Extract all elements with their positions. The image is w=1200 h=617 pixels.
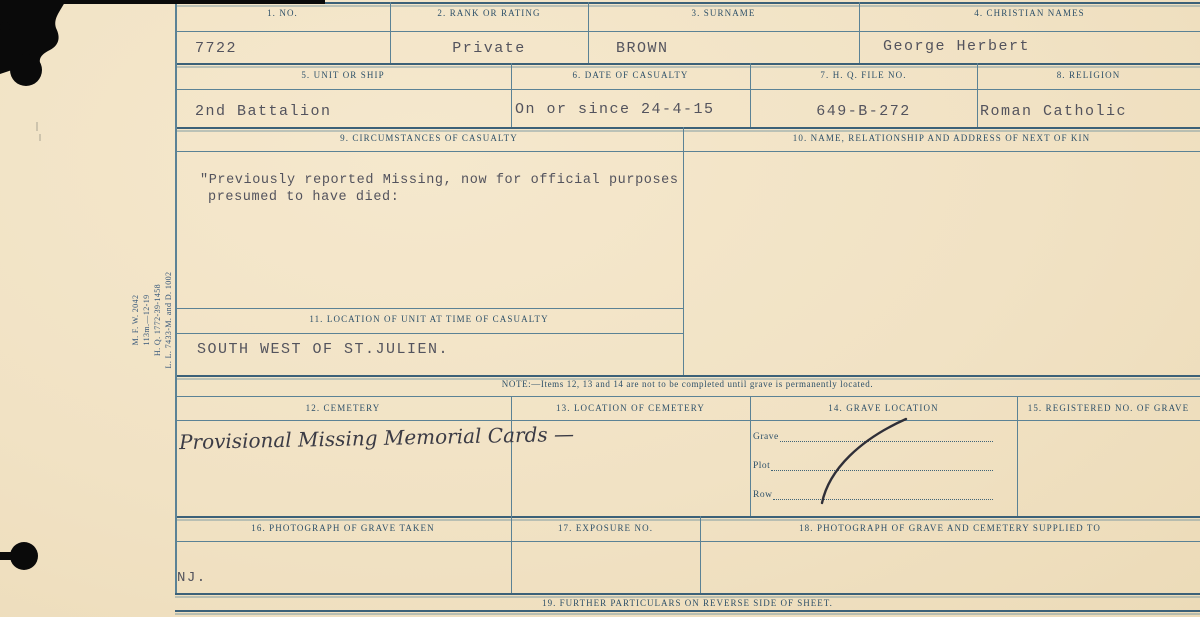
rule — [175, 308, 683, 309]
rule — [683, 127, 684, 375]
field-label-location-of-unit: 11. LOCATION OF UNIT AT TIME OF CASUALTY — [175, 314, 683, 324]
field-value-date: On or since 24-4-15 — [515, 101, 715, 118]
rule — [175, 89, 1200, 90]
rule — [175, 333, 683, 334]
field-label-grave-location: 14. GRAVE LOCATION — [750, 403, 1017, 413]
printers-stamp: M. F. W. 2042 113m.—12-19 H. Q. 1772-39-… — [130, 255, 174, 385]
field-value-unit: 2nd Battalion — [195, 103, 332, 120]
field-label-cemetery: 12. CEMETERY — [175, 403, 511, 413]
rule — [175, 420, 1200, 421]
field-label-christian-names: 4. CHRISTIAN NAMES — [859, 8, 1200, 18]
field-value-religion: Roman Catholic — [980, 103, 1127, 120]
grave-line: Grave — [753, 428, 993, 442]
dotted-leader — [780, 431, 993, 442]
plot-sublabel: Plot — [753, 461, 770, 471]
field-value-christian-names: George Herbert — [883, 38, 1030, 55]
stamp-line: 113m.—12-19 — [141, 255, 152, 385]
field-label-further-particulars: 19. FURTHER PARTICULARS ON REVERSE SIDE … — [175, 598, 1200, 608]
field-label-date: 6. DATE OF CASUALTY — [511, 70, 750, 80]
rule — [175, 541, 1200, 542]
field-label-photo-taken: 16. PHOTOGRAPH OF GRAVE TAKEN — [175, 523, 511, 533]
field-value-location-of-unit: SOUTH WEST OF ST.JULIEN. — [197, 341, 449, 358]
stamp-line: M. F. W. 2042 — [130, 255, 141, 385]
rule — [175, 2, 177, 593]
rule — [175, 610, 1200, 612]
rule — [1017, 396, 1018, 516]
rule — [175, 63, 1200, 65]
dotted-leader — [771, 460, 993, 471]
grave-location-box: Grave Plot Row — [753, 428, 993, 515]
marginal-annotation: NJ. — [177, 570, 207, 586]
rule — [175, 127, 1200, 129]
stamp-line: H. Q. 1772-39-1458 — [152, 255, 163, 385]
rule — [175, 2, 1200, 4]
field-label-next-of-kin: 10. NAME, RELATIONSHIP AND ADDRESS OF NE… — [683, 133, 1200, 143]
punch-hole-artifact — [0, 542, 38, 570]
rule — [175, 396, 1200, 397]
casualty-record-card: M. F. W. 2042 113m.—12-19 H. Q. 1772-39-… — [0, 0, 1200, 617]
stamp-line: L. L. 7433-M. and D. 1002 — [163, 255, 174, 385]
field-label-photo-supplied: 18. PHOTOGRAPH OF GRAVE AND CEMETERY SUP… — [700, 523, 1200, 533]
field-value-rank: Private — [390, 40, 588, 57]
field-label-circumstances: 9. CIRCUMSTANCES OF CASUALTY — [175, 133, 683, 143]
rule — [175, 151, 1200, 152]
field-label-registered-no: 15. REGISTERED NO. OF GRAVE — [1017, 403, 1200, 413]
grave-sublabel: Grave — [753, 432, 779, 442]
field-label-no: 1. NO. — [175, 8, 390, 18]
left-margin-marks — [36, 122, 41, 141]
field-label-unit: 5. UNIT OR SHIP — [175, 70, 511, 80]
form-table: 1. NO. 2. RANK OR RATING 3. SURNAME 4. C… — [175, 0, 1200, 617]
row-sublabel: Row — [753, 490, 772, 500]
rule — [175, 31, 1200, 32]
rule — [511, 396, 512, 516]
plot-line: Plot — [753, 457, 993, 471]
dotted-leader — [773, 489, 993, 500]
row-line: Row — [753, 486, 993, 500]
rule — [175, 516, 1200, 518]
field-label-cemetery-location: 13. LOCATION OF CEMETERY — [511, 403, 750, 413]
field-label-exposure-no: 17. EXPOSURE NO. — [511, 523, 700, 533]
field-value-surname: BROWN — [616, 40, 669, 57]
field-label-religion: 8. RELIGION — [977, 70, 1200, 80]
field-value-no: 7722 — [195, 40, 237, 57]
rule — [175, 375, 1200, 377]
note-text: NOTE:—Items 12, 13 and 14 are not to be … — [175, 379, 1200, 389]
field-value-cemetery-handwritten: Provisional Missing Memorial Cards — — [179, 422, 574, 454]
field-label-surname: 3. SURNAME — [588, 8, 859, 18]
field-label-rank: 2. RANK OR RATING — [390, 8, 588, 18]
field-label-hq-file: 7. H. Q. FILE NO. — [750, 70, 977, 80]
field-value-hq-file: 649-B-272 — [750, 103, 977, 120]
rule — [175, 593, 1200, 595]
field-value-circumstances-line1: "Previously reported Missing, now for of… — [200, 172, 679, 189]
rule — [750, 396, 751, 516]
field-value-circumstances-line2: presumed to have died: — [208, 189, 399, 206]
